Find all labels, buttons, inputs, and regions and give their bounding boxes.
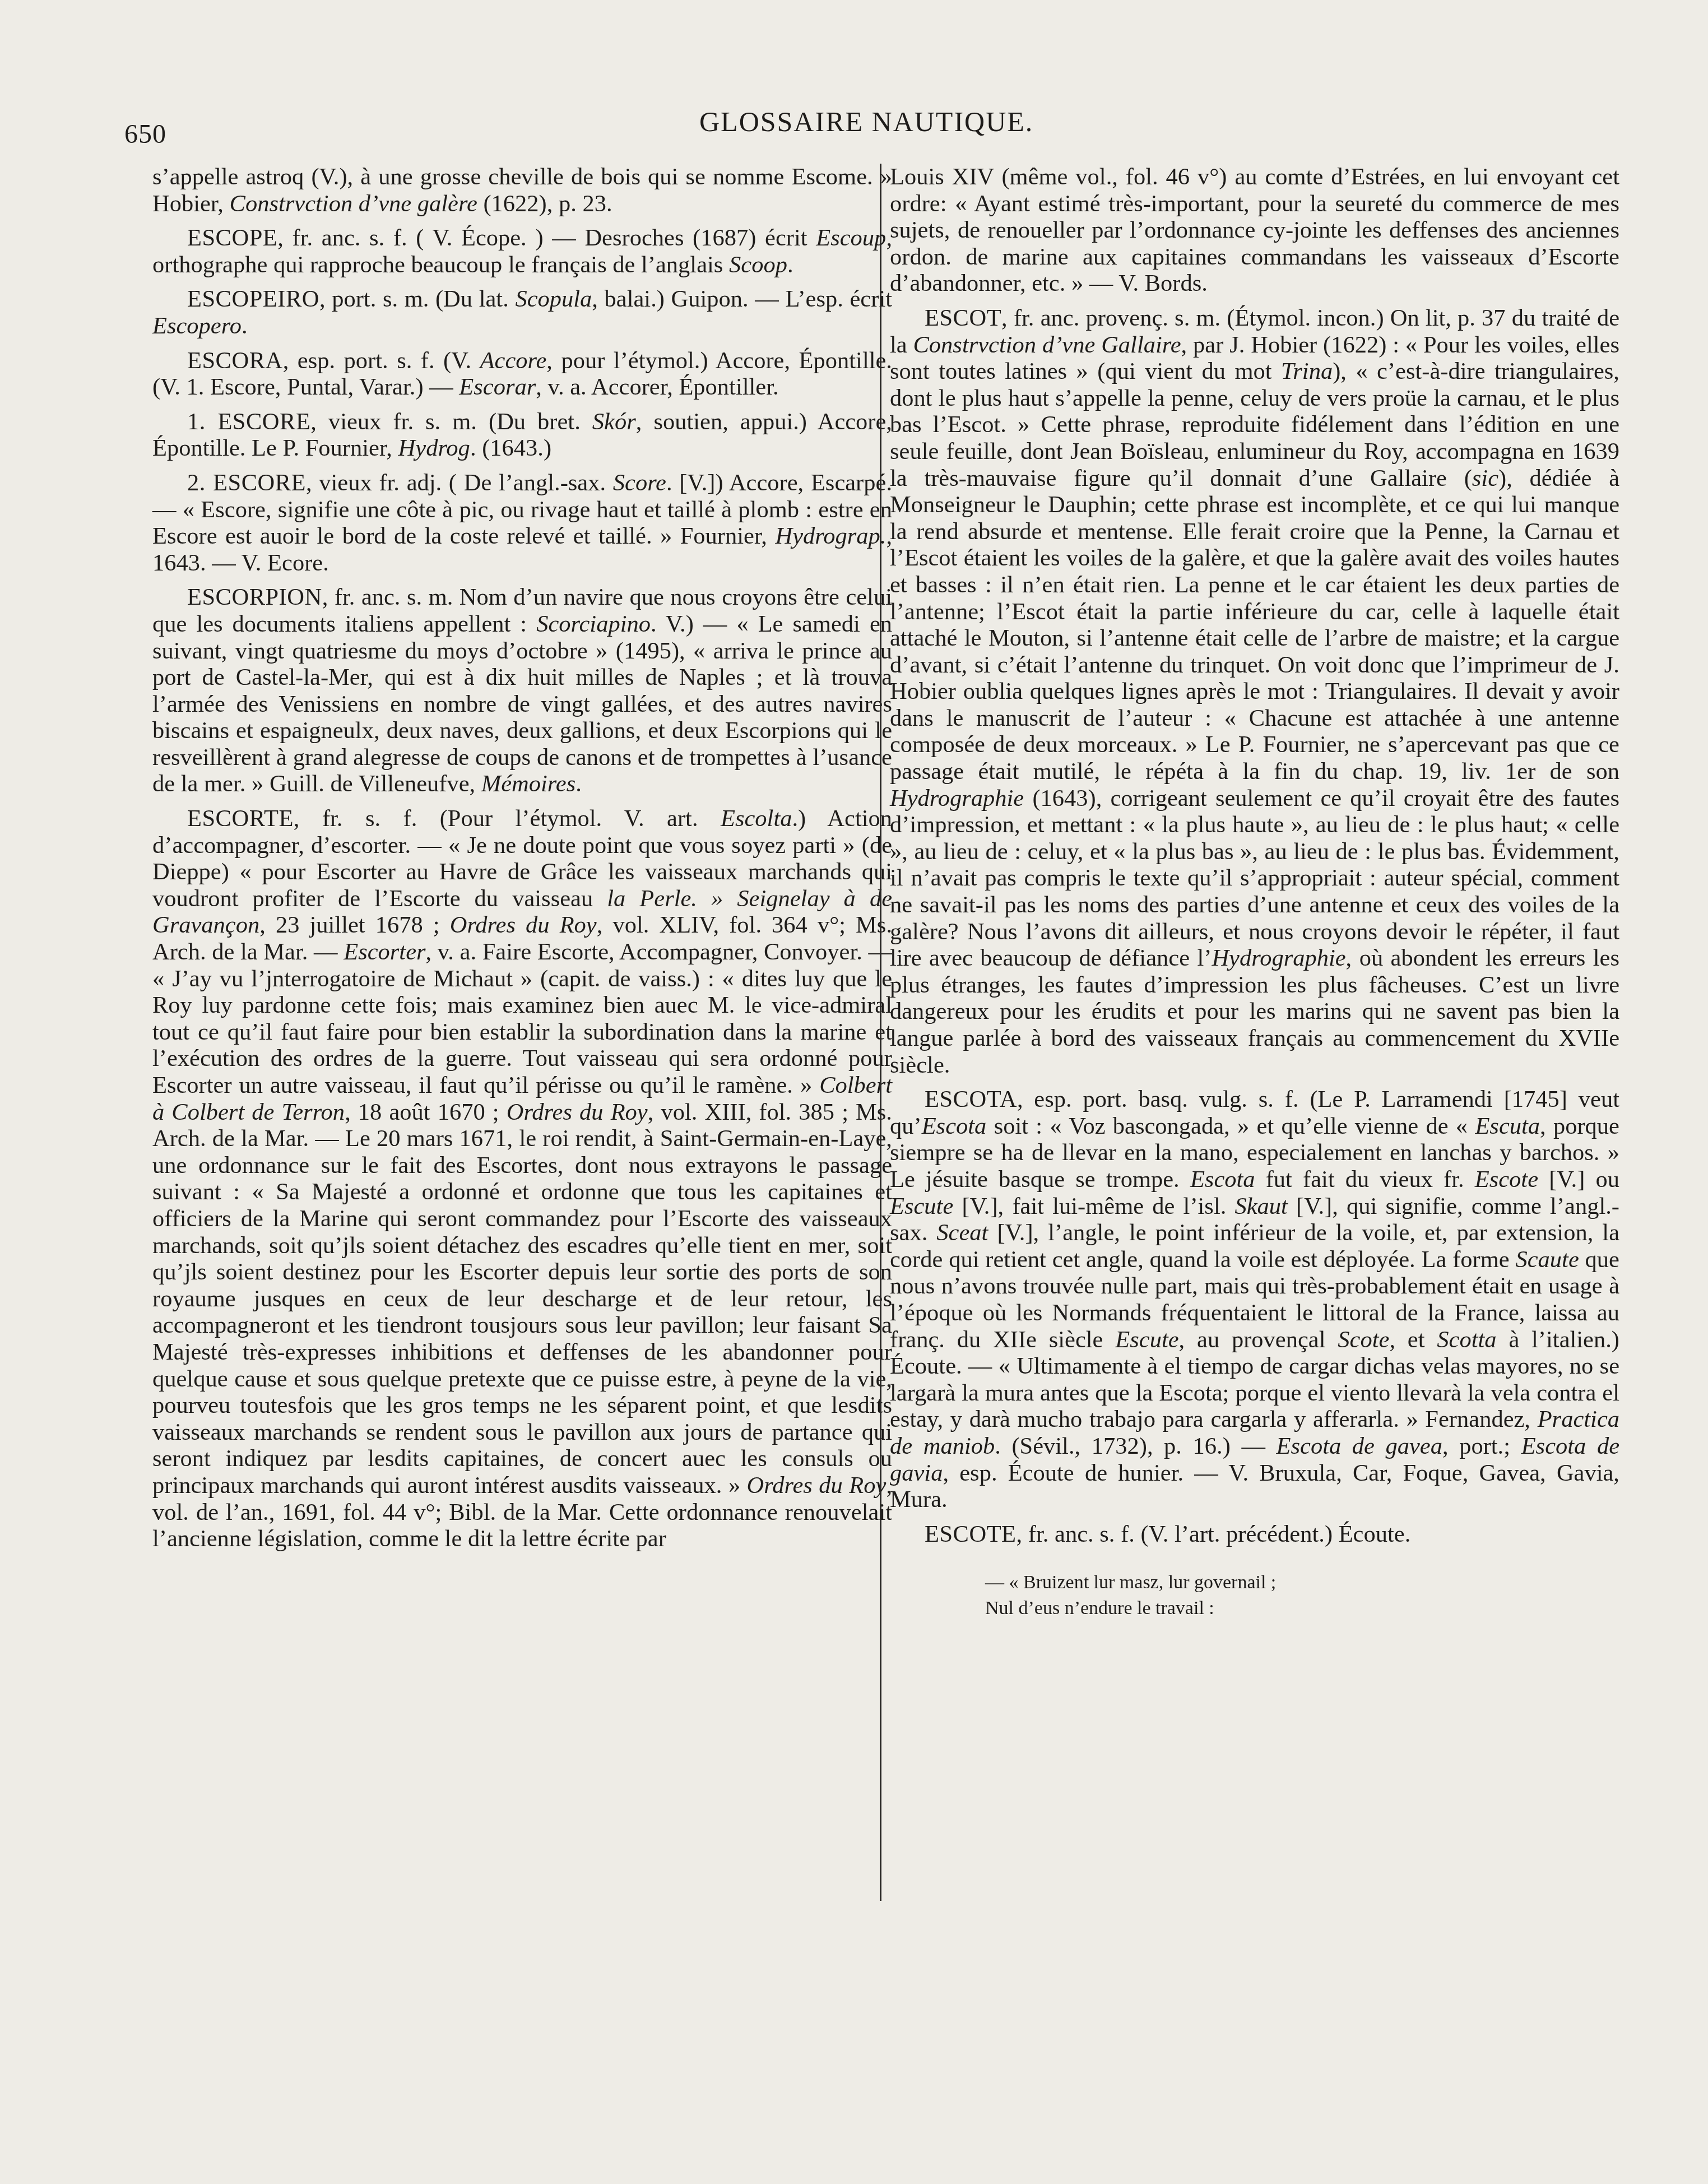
entry-text: . V.) — « Le samedi en suivant, vingt qu… <box>152 611 892 797</box>
italic-term: Ordres du Roy <box>747 1472 887 1499</box>
entry-text: , v. a. Accorer, Épontiller. <box>536 374 778 400</box>
entry-text: [V.], l’angle, le point inférieur de la … <box>890 1219 1619 1273</box>
glossary-entry: ESCOPEIRO, port. s. m. (Du lat. Scopula,… <box>152 286 892 339</box>
glossary-entry: ESCOTA, esp. port. basq. vulg. s. f. (Le… <box>890 1086 1619 1513</box>
running-title: GLOSSAIRE NAUTIQUE. <box>699 105 1033 138</box>
italic-term: Scorciapino <box>536 611 651 637</box>
verse-quotation: — « Bruizent lur masz, lur governail ;Nu… <box>985 1570 1619 1621</box>
italic-term: Ordres du Roy <box>507 1099 648 1125</box>
italic-term: Scotta <box>1437 1327 1496 1353</box>
entry-headword: ESCOTE <box>925 1521 1017 1547</box>
italic-term: Skór <box>592 409 636 435</box>
italic-term: Scaute <box>1515 1246 1579 1273</box>
entry-headword: ESCORA <box>187 347 283 374</box>
column-rule <box>880 164 881 1901</box>
italic-term: Escute <box>1115 1327 1178 1353</box>
entry-text: , vol. XIII, fol. 385 ; Ms. Arch. de la … <box>152 1099 892 1499</box>
italic-term: Escolta <box>721 805 792 832</box>
entry-text: . (Sévil., 1732), p. 16.) — <box>995 1433 1276 1459</box>
entry-text: , et <box>1389 1327 1437 1353</box>
entry-headword: 1. ESCORE <box>187 409 310 435</box>
italic-term: Scoop <box>729 252 787 278</box>
entry-text: , esp. Écoute de hunier. — V. Bruxula, C… <box>890 1460 1619 1513</box>
entry-text: , port.; <box>1442 1433 1521 1459</box>
entry-text: , fr. anc. s. f. (V. l’art. précédent.) … <box>1017 1521 1411 1547</box>
entry-headword: ESCOPEIRO <box>187 286 319 312</box>
italic-term: Ordres du Roy <box>450 912 597 938</box>
verse-line: Nul d’eus n’endure le travail : <box>985 1596 1619 1621</box>
glossary-entry: ESCORA, esp. port. s. f. (V. Accore, pou… <box>152 347 892 401</box>
glossary-entry: ESCORPION, fr. anc. s. m. Nom d’un navir… <box>152 584 892 797</box>
italic-term: Constrvction d’vne Gallaire <box>913 332 1181 358</box>
entry-text: fut fait du vieux fr. <box>1255 1166 1475 1193</box>
entry-text: soit : « Voz bascongada, » et qu’elle vi… <box>986 1113 1475 1139</box>
italic-term: Escuta <box>1475 1113 1540 1139</box>
continued-paragraph: s’appelle astroq (V.), à une grosse chev… <box>152 164 892 217</box>
glossary-entry: ESCOPE, fr. anc. s. f. ( V. Écope. ) — D… <box>152 225 892 278</box>
entry-text: , esp. port. s. f. (V. <box>283 347 480 374</box>
entry-text: (1622), p. 23. <box>477 191 612 217</box>
entry-text: , vieux fr. adj. ( De l’angl.-sax. <box>306 470 613 496</box>
entry-text: , balai.) Guipon. — L’esp. écrit <box>592 286 892 312</box>
page-number: 650 <box>124 119 166 150</box>
entry-text: , 18 août 1670 ; <box>345 1099 507 1125</box>
entry-headword: ESCORPION <box>187 584 322 610</box>
glossary-entry: ESCOT, fr. anc. provenç. s. m. (Étymol. … <box>890 305 1619 1078</box>
entry-headword: ESCOPE <box>187 225 277 251</box>
entry-text: , port. s. m. (Du lat. <box>319 286 515 312</box>
right-column: Louis XIV (même vol., fol. 46 v°) au com… <box>890 164 1619 1621</box>
entry-text: , fr. anc. s. f. ( V. Écope. ) — Desroch… <box>277 225 816 251</box>
italic-term: Escoup <box>816 225 886 251</box>
italic-term: Scote <box>1338 1327 1389 1353</box>
italic-term: Score <box>613 470 666 496</box>
entry-text: [V.] ou <box>1538 1166 1619 1193</box>
italic-term: Mémoires <box>481 771 575 797</box>
italic-term: Escorter <box>344 939 425 965</box>
entry-text: [V.], fait lui-même de l’isl. <box>953 1193 1234 1219</box>
entry-text: , au provençal <box>1179 1327 1338 1353</box>
glossary-entry: ESCORTE, fr. s. f. (Pour l’étymol. V. ar… <box>152 805 892 1552</box>
entry-text: . (1643.) <box>470 435 551 461</box>
italic-term: sic <box>1472 465 1498 491</box>
italic-term: Hydrog <box>398 435 470 461</box>
italic-term: Escute <box>890 1193 953 1219</box>
entry-headword: ESCOT <box>925 305 1001 331</box>
entry-headword: 2. ESCORE <box>187 470 306 496</box>
entry-text: , 23 juillet 1678 ; <box>259 912 450 938</box>
italic-term: Escota de gavea <box>1277 1433 1442 1459</box>
italic-term: Sceat <box>936 1219 988 1246</box>
italic-term: Scopula <box>515 286 592 312</box>
italic-term: Skaut <box>1235 1193 1288 1219</box>
entry-text: Louis XIV (même vol., fol. 46 v°) au com… <box>890 164 1619 296</box>
glossary-entry: ESCOTE, fr. anc. s. f. (V. l’art. précéd… <box>890 1521 1619 1548</box>
italic-term: Hydrographie <box>1212 945 1345 971</box>
entry-text: (1643), corrigeant seulement ce qu’il cr… <box>890 785 1619 972</box>
continued-paragraph: Louis XIV (même vol., fol. 46 v°) au com… <box>890 164 1619 297</box>
glossary-entry: 2. ESCORE, vieux fr. adj. ( De l’angl.-s… <box>152 470 892 576</box>
glossary-entry: 1. ESCORE, vieux fr. s. m. (Du bret. Skó… <box>152 409 892 462</box>
italic-term: Escota <box>1190 1166 1255 1193</box>
left-column: s’appelle astroq (V.), à une grosse chev… <box>152 164 892 1560</box>
entry-text: , fr. s. f. (Pour l’étymol. V. art. <box>294 805 721 832</box>
entry-headword: ESCORTE <box>187 805 294 832</box>
italic-term: Escorar <box>459 374 536 400</box>
entry-headword: ESCOTA <box>925 1086 1017 1112</box>
entry-text: . <box>575 771 582 797</box>
italic-term: Hydrograp. <box>775 523 886 549</box>
entry-text: . <box>787 252 793 278</box>
italic-term: Trina <box>1281 358 1333 384</box>
italic-term: Escota <box>922 1113 987 1139</box>
italic-term: Escopero <box>152 313 242 339</box>
entry-text: ), dédiée à Monseigneur le Dauphin; cett… <box>890 465 1619 785</box>
verse-line: — « Bruizent lur masz, lur governail ; <box>985 1570 1619 1596</box>
italic-term: Accore <box>480 347 547 374</box>
italic-term: Hydrographie <box>890 785 1024 812</box>
italic-term: Constrvction d’vne galère <box>230 191 477 217</box>
entry-text: , vieux fr. s. m. (Du bret. <box>310 409 592 435</box>
italic-term: Escote <box>1475 1166 1538 1193</box>
entry-text: . <box>242 313 248 339</box>
